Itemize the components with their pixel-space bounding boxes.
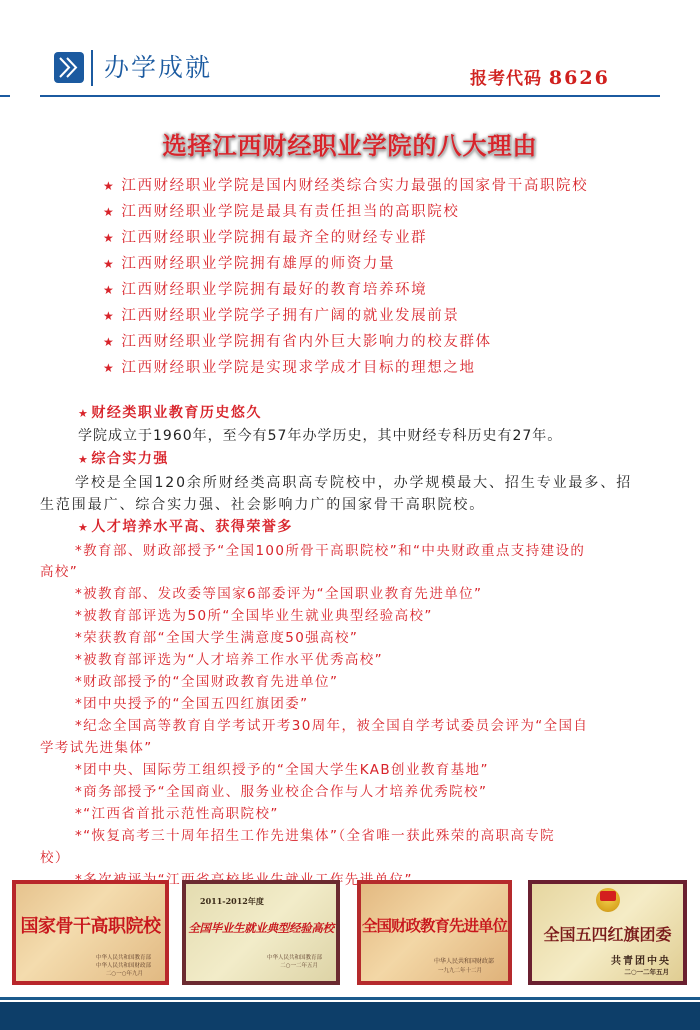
star-icon: ★	[78, 521, 89, 534]
honor-line: *商务部授予“全国商业、服务业校企合作与人才培养优秀院校”	[75, 780, 487, 800]
honor-line: *团中央授予的“全国五四红旗团委”	[75, 692, 309, 712]
reason-item: ★江西财经职业学院拥有最齐全的财经专业群	[103, 228, 588, 254]
star-icon: ★	[103, 179, 115, 193]
plaque-date: 二○一二年五月	[280, 962, 318, 970]
page-header: 办学成就 报考代码 8626	[0, 0, 700, 100]
footer-bar	[0, 1002, 700, 1030]
plaque-date: 二○一○年九月	[106, 970, 143, 978]
honor-line: 高校”	[40, 560, 78, 580]
header-divider	[91, 50, 93, 86]
star-icon: ★	[103, 309, 115, 323]
reason-item: ★江西财经职业学院拥有省内外巨大影响力的校友群体	[103, 332, 588, 358]
section-title: 办学成就	[104, 52, 212, 84]
plaque-date: 二○一二年五月	[624, 968, 669, 976]
youth-league-emblem-icon	[596, 888, 620, 912]
plaque-title: 全国毕业生就业典型经验高校	[186, 920, 336, 936]
reason-item: ★江西财经职业学院拥有雄厚的师资力量	[103, 254, 588, 280]
reason-item: ★江西财经职业学院是实现求学成才目标的理想之地	[103, 358, 588, 384]
honor-line: *被教育部、发改委等国家6部委评为“全国职业教育先进单位”	[75, 582, 482, 602]
plaque-issuer: 中华人民共和国财政部	[434, 958, 494, 966]
strength-text-line2: 生范围最广、综合实力强、社会影响力广的国家骨干高职院校。	[40, 494, 485, 514]
admission-code-value: 8626	[549, 67, 610, 89]
plaque-title: 国家骨干高职院校	[16, 912, 165, 938]
reason-item: ★江西财经职业学院拥有最好的教育培养环境	[103, 280, 588, 306]
award-plaque: 2011-2012年度 全国毕业生就业典型经验高校 中华人民共和国教育部 二○一…	[182, 880, 340, 985]
honor-line: 学考试先进集体”	[40, 736, 153, 756]
plaque-issuer: 中华人民共和国教育部	[96, 954, 151, 962]
header-rule-left	[0, 95, 10, 97]
main-title: 选择江西财经职业学院的八大理由	[0, 126, 700, 161]
plaque-issuer: 中华人民共和国教育部	[267, 954, 322, 962]
plaque-date: 一九九二年十二月	[438, 967, 482, 975]
award-plaque: 国家骨干高职院校 中华人民共和国教育部 中华人民共和国财政部 二○一○年九月	[12, 880, 169, 985]
star-icon: ★	[103, 231, 115, 245]
history-heading: ★财经类职业教育历史悠久	[78, 402, 262, 422]
star-icon: ★	[78, 453, 89, 466]
plaque-title: 全国财政教育先进单位	[361, 914, 508, 936]
star-icon: ★	[103, 283, 115, 297]
star-icon: ★	[78, 407, 89, 420]
honor-line: *纪念全国高等教育自学考试开考30周年，被全国自学考试委员会评为“全国自	[75, 714, 588, 734]
plaque-year: 2011-2012年度	[200, 896, 264, 907]
reasons-list: ★江西财经职业学院是国内财经类综合实力最强的国家骨干高职院校 ★江西财经职业学院…	[103, 176, 588, 384]
star-icon: ★	[103, 361, 115, 375]
star-icon: ★	[103, 257, 115, 271]
star-icon: ★	[103, 205, 115, 219]
honor-line: *教育部、财政部授予“全国100所骨干高职院校”和“中央财政重点支持建设的	[75, 539, 585, 559]
double-chevron-right-icon	[54, 52, 84, 83]
strength-heading: ★综合实力强	[78, 448, 169, 468]
honors-heading: ★人才培养水平高、获得荣誉多	[78, 516, 293, 536]
honor-line: *财政部授予的“全国财政教育先进单位”	[75, 670, 338, 690]
header-rule	[40, 95, 660, 97]
star-icon: ★	[103, 335, 115, 349]
strength-text-line1: 学校是全国120余所财经类高职高专院校中，办学规模最大、招生专业最多、招	[75, 472, 632, 492]
award-plaque: 全国五四红旗团委 共青团中央 二○一二年五月	[528, 880, 687, 985]
reason-item: ★江西财经职业学院学子拥有广阔的就业发展前景	[103, 306, 588, 332]
plaque-title: 全国五四红旗团委	[532, 922, 683, 945]
plaque-issuer: 中华人民共和国财政部	[96, 962, 151, 970]
honor-line: *被教育部评选为“人才培养工作水平优秀高校”	[75, 648, 383, 668]
honor-line: *“恢复高考三十周年招生工作先进集体”（全省唯一获此殊荣的高职高专院	[75, 824, 555, 844]
honor-line: *荣获教育部“全国大学生满意度50强高校”	[75, 626, 358, 646]
award-plaque: 全国财政教育先进单位 中华人民共和国财政部 一九九二年十二月	[357, 880, 512, 985]
honor-line: *“江西省首批示范性高职院校”	[75, 802, 279, 822]
honor-line: *团中央、国际劳工组织授予的“全国大学生KAB创业教育基地”	[75, 758, 489, 778]
honor-line: *被教育部评选为50所“全国毕业生就业典型经验高校”	[75, 604, 433, 624]
reason-item: ★江西财经职业学院是国内财经类综合实力最强的国家骨干高职院校	[103, 176, 588, 202]
reason-item: ★江西财经职业学院是最具有责任担当的高职院校	[103, 202, 588, 228]
history-text: 学院成立于1960年，至今有57年办学历史，其中财经专科历史有27年。	[78, 425, 562, 445]
plaque-issuer: 共青团中央	[611, 952, 671, 967]
admission-code: 报考代码 8626	[470, 64, 610, 89]
honor-line: 校）	[40, 846, 70, 866]
admission-code-label: 报考代码	[470, 69, 542, 89]
